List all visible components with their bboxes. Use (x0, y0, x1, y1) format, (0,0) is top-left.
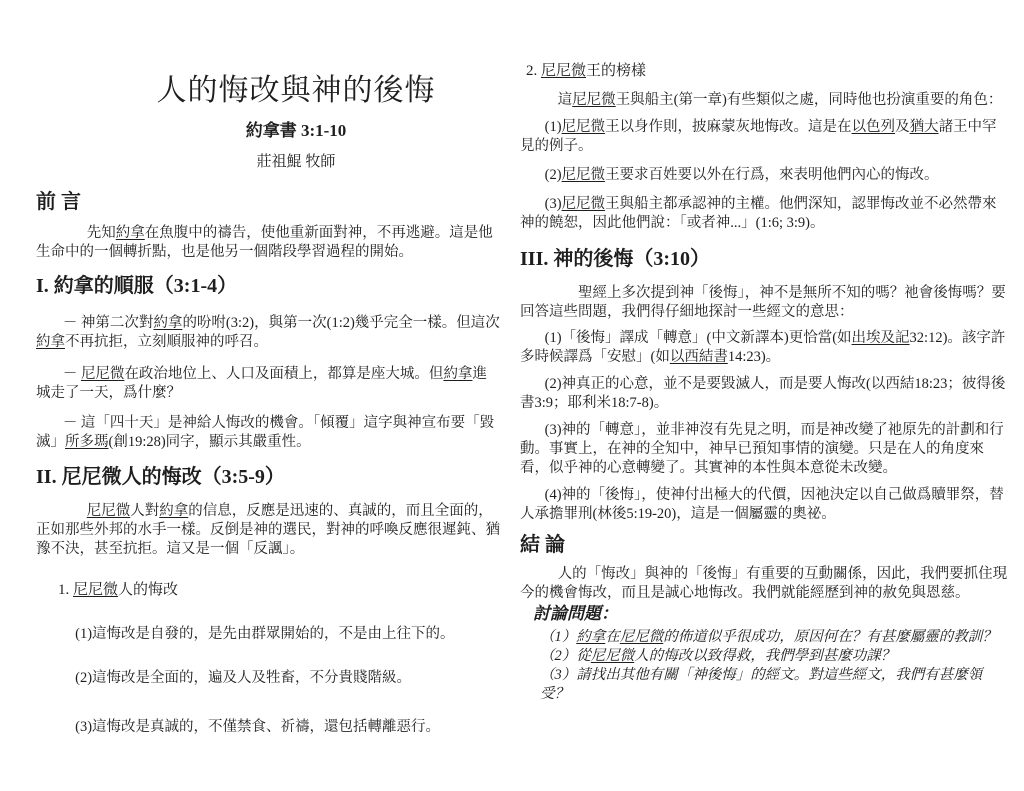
proper-noun: 約拿 (159, 503, 188, 519)
section1-bullet-1: － 神第二次對約拿的吩咐(3:2)，與第一次(1:2)幾乎完全一樣。但這次約拿不… (36, 314, 500, 352)
subsection2-item-1: (1)尼尼微王以身作則，披麻蒙灰地悔改。這是在以色列及猶大諸王中罕見的例子。 (520, 118, 1010, 156)
text-run: (3)神的「轉意」，並非神沒有先見之明，而是神改變了祂原先的計劃和行動。事實上，… (520, 422, 1004, 476)
section1-bullet-3: － 這「四十天」是神給人悔改的機會。「傾覆」這字與神宣布要「毀滅」所多瑪(創19… (36, 414, 500, 452)
subsection2-item-3: (3)尼尼微王與船主都承認神的主權。他們深知，認罪悔改並不必然帶來神的饒恕，因此… (520, 195, 1010, 233)
section1-bullet-2: － 尼尼微在政治地位上、人口及面積上，都算是座大城。但約拿進城走了一天，爲什麼？ (36, 365, 500, 403)
proper-noun: 猶大 (910, 119, 939, 135)
proper-noun: 以色列 (852, 119, 896, 135)
text-run: 不再抗拒，立刻順服神的呼召。 (65, 334, 268, 350)
text-run: 2. (526, 63, 541, 79)
subsection2-intro-paragraph: 這尼尼微王與船主(第一章)有些類似之處，同時他也扮演重要的角色： (520, 91, 1010, 110)
document-header: 人的悔改與神的後悔 約拿書 3:1-10 莊祖鯤 牧師 (36, 74, 556, 172)
text-run: (1)這悔改是自發的，是先由群眾開始的，不是由上往下的。 (75, 626, 454, 642)
text-run: (2) (545, 167, 562, 183)
text-run: 人對 (130, 503, 159, 519)
proper-noun: 尼尼微 (572, 92, 616, 108)
text-run: 1. (58, 582, 73, 598)
text-run: － 神第二次對 (63, 315, 154, 331)
proper-noun: 約拿 (576, 629, 605, 645)
subsection1-heading: 1. 尼尼微人的悔改 (36, 581, 500, 600)
text-run: (1) (545, 119, 562, 135)
proper-noun: 尼尼微 (562, 167, 606, 183)
text-run: 人的悔改 (118, 582, 178, 598)
text-run: 這 (558, 92, 573, 108)
section3-heading: III. 神的後悔（3:10） (520, 247, 1010, 272)
proper-noun: 約拿 (36, 334, 65, 350)
subsection1-item-2: (2)這悔改是全面的，遍及人及牲畜，不分貴賤階級。 (36, 669, 500, 688)
text-run: 人的「悔改」與神的「後悔」有重要的互動關係，因此，我們要抓住現今的機會悔改，而且… (520, 566, 1007, 601)
subsection2-item-2: (2)尼尼微王要求百姓要以外在行爲，來表明他們內心的悔改。 (520, 166, 1010, 185)
text-run: 的佈道似乎很成功，原因何在？有甚麼屬靈的教訓？ (663, 629, 997, 645)
proper-noun: 約拿 (153, 315, 182, 331)
text-run: 王以身作則，披麻蒙灰地悔改。這是在 (605, 119, 852, 135)
text-run: 在 (605, 629, 620, 645)
sermon-document-page: 人的悔改與神的後悔 約拿書 3:1-10 莊祖鯤 牧師 前 言 先知約拿在魚腹中… (0, 0, 1024, 791)
section3-item-1: (1)「後悔」譯成「轉意」(中文新譯本)更恰當(如出埃及記32:12)。該字許多… (520, 329, 1010, 367)
subsection2-heading: 2. 尼尼微王的榜樣 (520, 62, 1010, 81)
text-run: （1） (540, 629, 576, 645)
text-run: 14:23)。 (728, 349, 780, 365)
text-run: (4)神的「後悔」，使神付出極大的代價，因祂決定以自己做爲贖罪祭，替人承擔罪刑(… (520, 487, 1004, 522)
section3-intro-paragraph: 聖經上多次提到神「後悔」，神不是無所不知的嗎？祂會後悔嗎？要回答這些問題，我們得… (520, 284, 1010, 322)
discussion-question-2: （2）從尼尼微人的悔改以致得救，我們學到甚麼功課？ (520, 647, 1010, 666)
left-column: 人的悔改與神的後悔 約拿書 3:1-10 莊祖鯤 牧師 前 言 先知約拿在魚腹中… (36, 0, 500, 737)
section2-heading: II. 尼尼微人的悔改（3:5-9） (36, 465, 500, 490)
text-run: 先知 (87, 225, 116, 241)
proper-noun: 尼尼微 (81, 366, 125, 382)
proper-noun: 尼尼微 (541, 63, 586, 79)
text-run: 聖經上多次提到神「後悔」，神不是無所不知的嗎？祂會後悔嗎？要回答這些問題，我們得… (520, 285, 1006, 320)
text-run: 的吩咐(3:2)，與第一次(1:2)幾乎完全一樣。但這次 (182, 315, 499, 331)
subsection1-item-1: (1)這悔改是自發的，是先由群眾開始的，不是由上往下的。 (36, 625, 500, 644)
text-run: （3）請找出其他有關「神後悔」的經文。對這些經文，我們有甚麼領受？ (540, 667, 982, 702)
proper-noun: 尼尼微 (562, 196, 606, 212)
foreword-heading: 前 言 (36, 190, 500, 215)
text-run: 及 (895, 119, 910, 135)
sermon-title: 人的悔改與神的後悔 (36, 74, 556, 108)
text-run: (2)這悔改是全面的，遍及人及牲畜，不分貴賤階級。 (75, 670, 411, 686)
section3-item-2: (2)神真正的心意，並不是要毀滅人，而是要人悔改(以西結18:23；彼得後書3:… (520, 375, 1010, 413)
proper-noun: 尼尼微 (620, 629, 664, 645)
proper-noun: 尼尼微 (87, 503, 131, 519)
proper-noun: 出埃及記 (852, 330, 910, 346)
text-run: (3)這悔改是真誠的，不僅禁食、祈禱，還包括轉離惡行。 (75, 719, 440, 735)
text-run: － (63, 366, 81, 382)
text-run: 人的悔改以致得救，我們學到甚麼功課？ (634, 648, 895, 664)
conclusion-heading: 結 論 (520, 533, 1010, 558)
speaker-name: 莊祖鯤 牧師 (36, 153, 556, 172)
text-run: 在政治地位上、人口及面積上，都算是座大城。但 (124, 366, 443, 382)
text-run: （2）從 (540, 648, 591, 664)
section1-heading: I. 約拿的順服（3:1-4） (36, 274, 500, 299)
proper-noun: 約拿 (116, 225, 145, 241)
proper-noun: 尼尼微 (73, 582, 118, 598)
right-column: 2. 尼尼微王的榜樣 這尼尼微王與船主(第一章)有些類似之處，同時他也扮演重要的… (520, 0, 1010, 704)
text-run: (3) (545, 196, 562, 212)
proper-noun: 以西結書 (670, 349, 728, 365)
section3-item-3: (3)神的「轉意」，並非神沒有先見之明，而是神改變了祂原先的計劃和行動。事實上，… (520, 421, 1010, 478)
text-run: (創19:28)同字，顯示其嚴重性。 (109, 434, 311, 450)
text-run: 王的榜樣 (586, 63, 646, 79)
discussion-question-3: （3）請找出其他有關「神後悔」的經文。對這些經文，我們有甚麼領受？ (520, 666, 1010, 704)
subsection1-item-3: (3)這悔改是真誠的，不僅禁食、祈禱，還包括轉離惡行。 (36, 718, 500, 737)
discussion-heading: 討論問題： (520, 603, 1010, 625)
text-run: 王與船主(第一章)有些類似之處，同時他也扮演重要的角色： (616, 92, 1003, 108)
scripture-reference: 約拿書 3:1-10 (36, 120, 556, 141)
conclusion-paragraph: 人的「悔改」與神的「後悔」有重要的互動關係，因此，我們要抓住現今的機會悔改，而且… (520, 565, 1010, 603)
text-run: (2)神真正的心意，並不是要毀滅人，而是要人悔改(以西結18:23；彼得後書3:… (520, 376, 1005, 411)
proper-noun: 尼尼微 (591, 648, 635, 664)
section3-item-4: (4)神的「後悔」，使神付出極大的代價，因祂決定以自己做爲贖罪祭，替人承擔罪刑(… (520, 486, 1010, 524)
proper-noun: 尼尼微 (562, 119, 606, 135)
text-run: (1)「後悔」譯成「轉意」(中文新譯本)更恰當(如 (545, 330, 852, 346)
section2-intro-paragraph: 尼尼微人對約拿的信息，反應是迅速的、真誠的，而且全面的，正如那些外邦的水手一樣。… (36, 502, 500, 559)
foreword-paragraph: 先知約拿在魚腹中的禱告，使他重新面對神，不再逃避。這是他生命中的一個轉折點，也是… (36, 224, 500, 262)
text-run: 王要求百姓要以外在行爲，來表明他們內心的悔改。 (605, 167, 939, 183)
proper-noun: 所多瑪 (65, 434, 109, 450)
proper-noun: 約拿 (443, 366, 472, 382)
discussion-question-1: （1）約拿在尼尼微的佈道似乎很成功，原因何在？有甚麼屬靈的教訓？ (520, 628, 1010, 647)
